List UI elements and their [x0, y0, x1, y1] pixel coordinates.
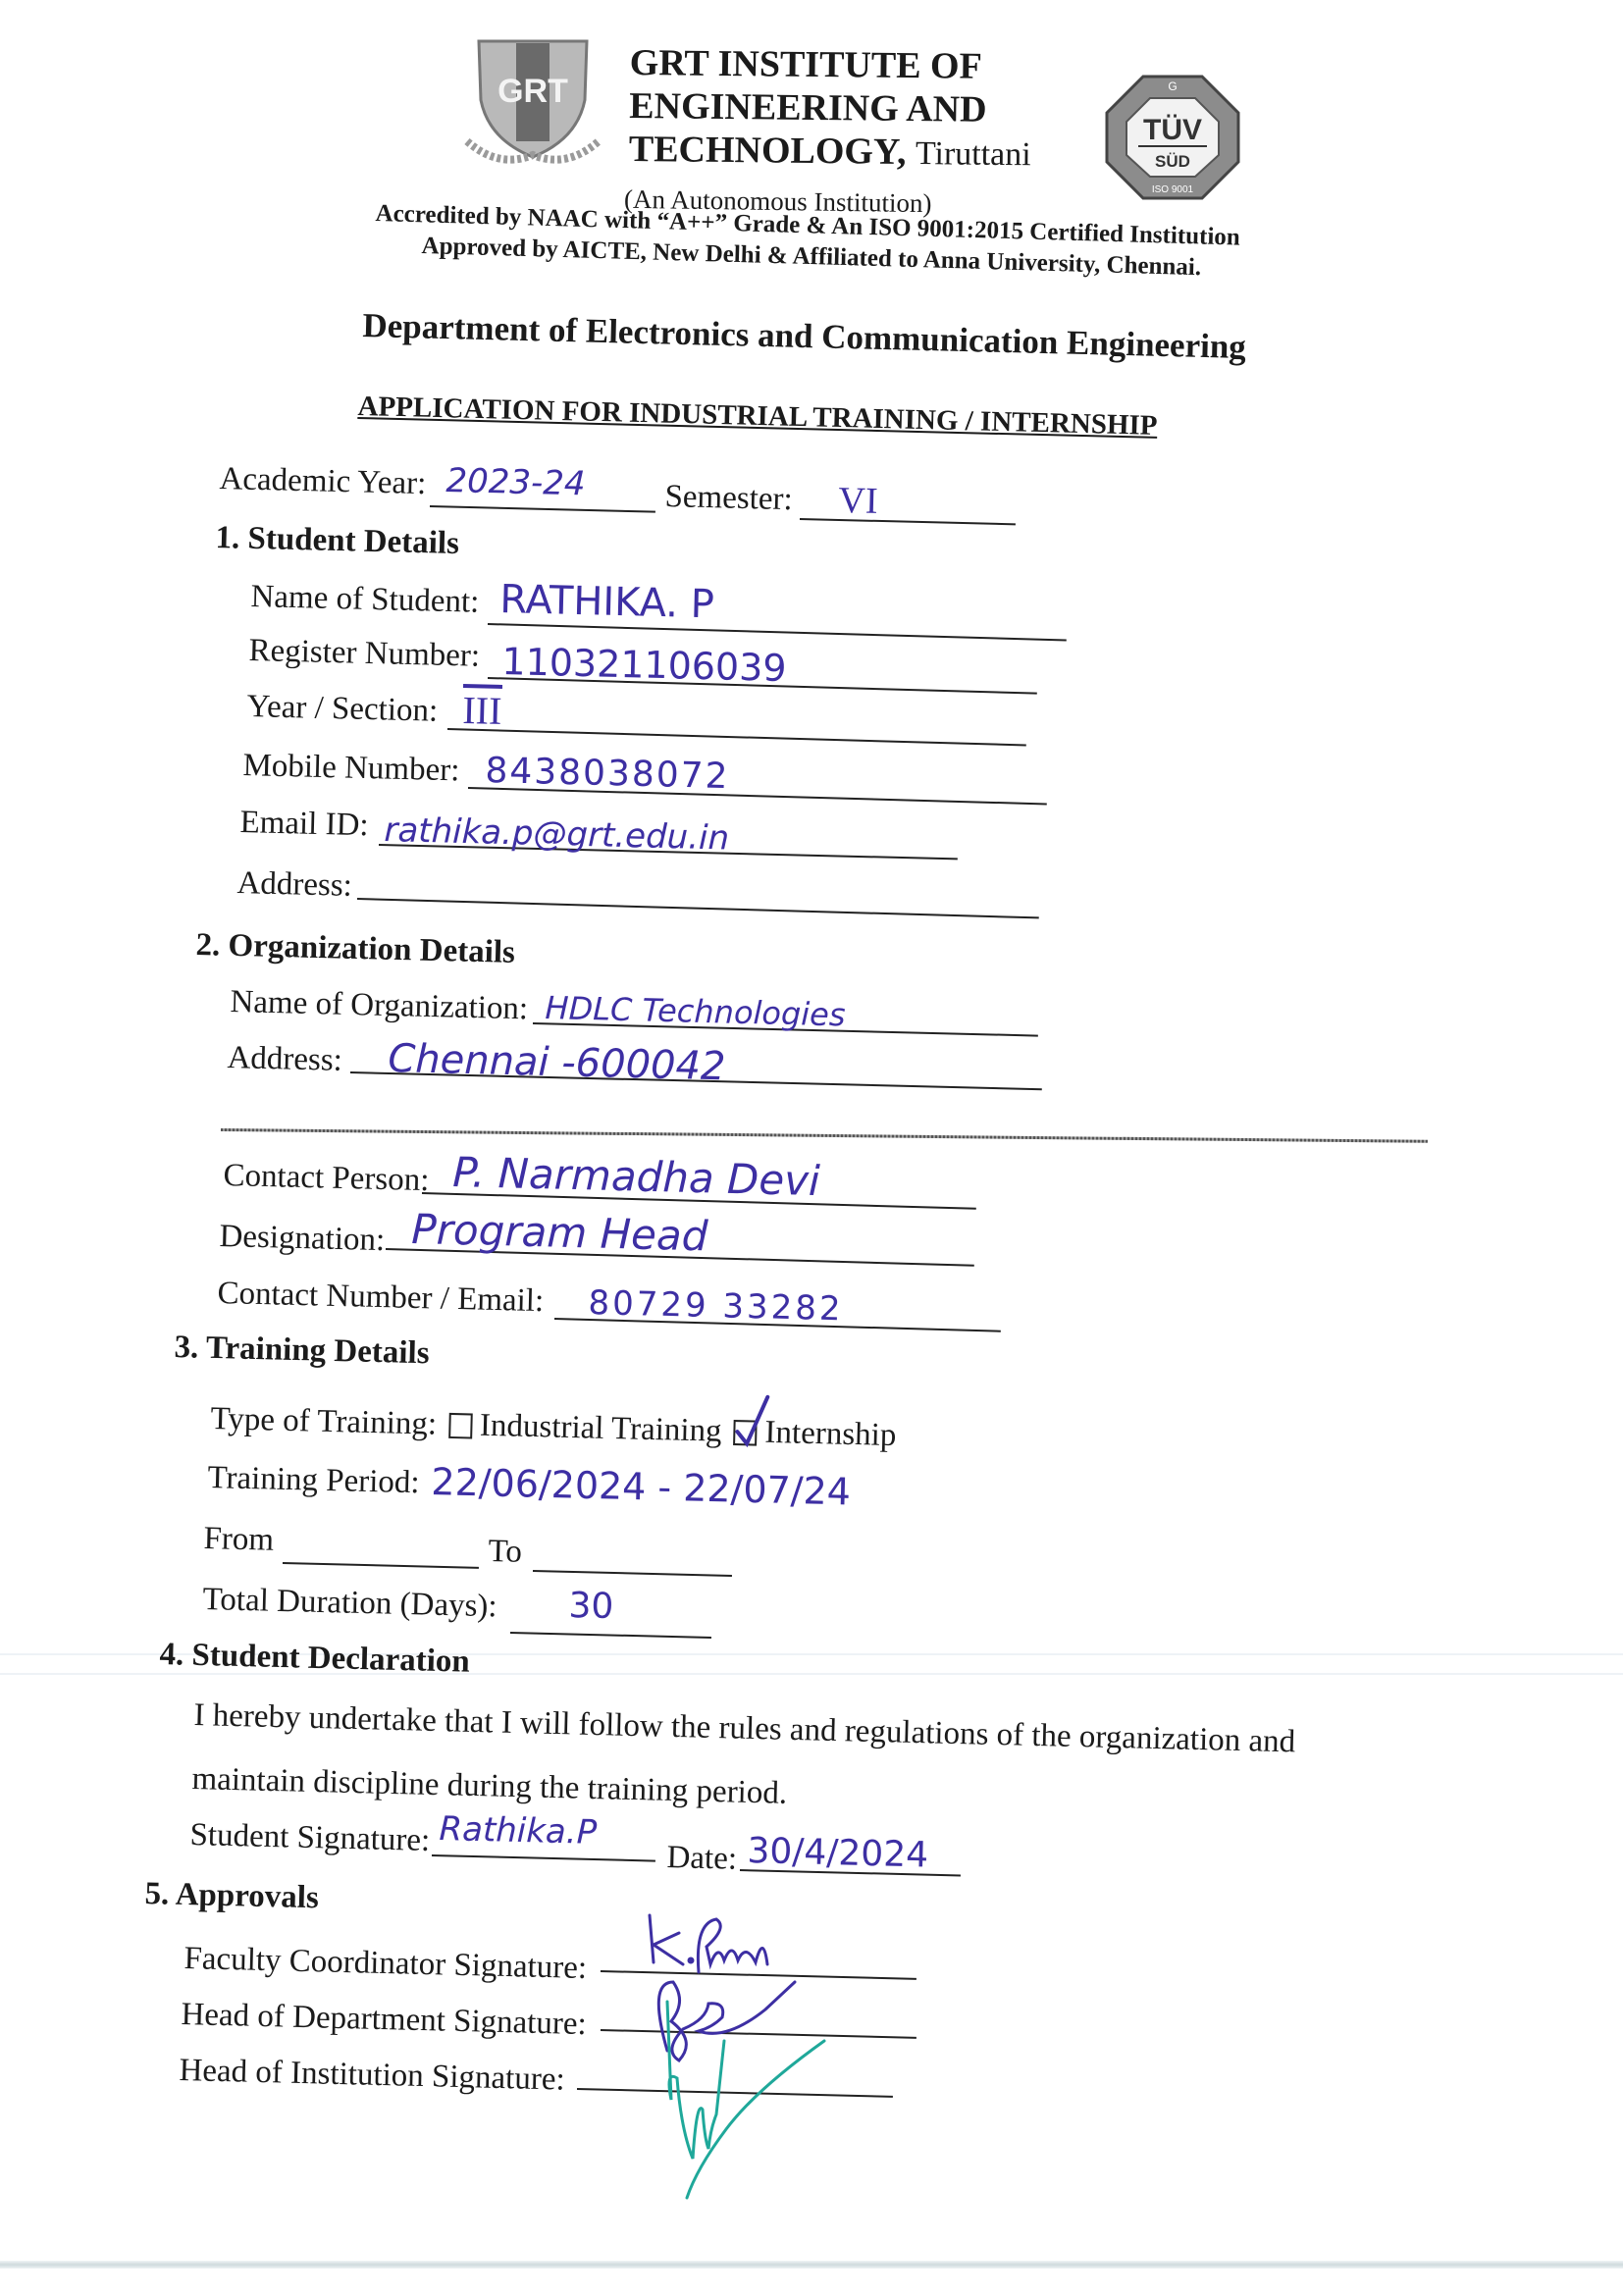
student-name-line [488, 623, 1067, 641]
contact-person-label: Contact Person: [223, 1158, 430, 1199]
student-signature-label: Student Signature: [189, 1817, 431, 1859]
year-section-label: Year / Section: [246, 689, 438, 730]
organization-address-field[interactable]: Chennai -600042 [388, 1036, 726, 1089]
year-section-line [447, 728, 1026, 746]
svg-text:SÜD: SÜD [1155, 152, 1190, 171]
faculty-coordinator-signature-label: Faculty Coordinator Signature: [183, 1941, 587, 1987]
student-signature-line [432, 1854, 655, 1862]
designation-label: Designation: [219, 1219, 386, 1259]
internship-application-form: GRT GRT INSTITUTE OF ENGINEERING AND TEC… [0, 0, 1623, 2296]
total-duration-label: Total Duration (Days): [202, 1582, 497, 1625]
declaration-text-line1: I hereby undertake that I will follow th… [193, 1697, 1295, 1760]
training-type-row: Type of Training: Industrial Training In… [210, 1401, 897, 1454]
student-details-heading: 1. Student Details [215, 520, 459, 562]
to-label: To [488, 1534, 522, 1571]
svg-text:ISO 9001: ISO 9001 [1152, 184, 1194, 195]
student-name-field[interactable]: RATHIKA. P [499, 577, 715, 627]
register-number-field[interactable]: 110321106039 [501, 640, 787, 690]
svg-text:GRT: GRT [497, 73, 568, 110]
semester-label: Semester: [664, 479, 793, 518]
date-field[interactable]: 30/4/2024 [747, 1831, 929, 1875]
training-details-heading: 3. Training Details [174, 1330, 430, 1372]
student-declaration-heading: 4. Student Declaration [159, 1637, 470, 1681]
tuv-sud-iso-certification-icon: G TÜV SÜD ISO 9001 [1099, 69, 1246, 206]
faculty-coordinator-signature-icon [650, 1915, 767, 1972]
scan-edge [0, 2261, 1623, 2269]
checkmark-icon [733, 1392, 773, 1448]
student-address-line[interactable] [357, 898, 1039, 918]
date-label: Date: [666, 1840, 737, 1878]
student-name-label: Name of Student: [250, 579, 480, 621]
training-period-field[interactable]: 22/06/2024 - 22/07/24 [431, 1460, 852, 1513]
email-label: Email ID: [239, 805, 369, 844]
mobile-number-label: Mobile Number: [242, 748, 460, 789]
contact-number-label: Contact Number / Email: [217, 1276, 544, 1320]
to-field[interactable] [533, 1570, 732, 1577]
declaration-text-line2: maintain discipline during the training … [191, 1761, 787, 1812]
total-duration-field[interactable]: 30 [568, 1586, 614, 1627]
training-period-label: Training Period: [207, 1460, 420, 1501]
semester-line [800, 518, 1016, 525]
year-section-field[interactable]: III [462, 687, 502, 734]
from-field[interactable] [283, 1562, 479, 1569]
contact-person-field[interactable]: P. Narmadha Devi [452, 1148, 820, 1205]
hod-signature-icon [658, 1982, 795, 2061]
head-of-institution-signature-label: Head of Institution Signature: [179, 2053, 565, 2099]
training-type-label: Type of Training: [210, 1401, 437, 1443]
head-of-institution-signature-icon [667, 2002, 824, 2198]
academic-year-field[interactable]: 2023-24 [445, 461, 586, 503]
industrial-training-option-label: Industrial Training [480, 1408, 722, 1450]
organization-address-label: Address: [227, 1040, 342, 1079]
approvals-heading: 5. Approvals [144, 1876, 319, 1916]
institute-name: GRT INSTITUTE OF ENGINEERING AND TECHNOL… [629, 41, 1032, 177]
contact-number-field[interactable]: 80729 33282 [588, 1283, 844, 1329]
total-duration-line [510, 1632, 711, 1639]
svg-text:TÜV: TÜV [1143, 114, 1202, 146]
internship-option-label: Internship [764, 1415, 897, 1454]
organization-details-heading: 2. Organization Details [195, 927, 515, 971]
from-label: From [203, 1521, 274, 1559]
email-field[interactable]: rathika.p@grt.edu.in [384, 810, 729, 859]
industrial-training-checkbox[interactable] [448, 1412, 473, 1438]
register-number-label: Register Number: [248, 633, 480, 675]
svg-text:G: G [1168, 79, 1177, 93]
student-address-label: Address: [236, 865, 352, 905]
mobile-number-field[interactable]: 8438038072 [485, 751, 730, 797]
designation-field[interactable]: Program Head [411, 1205, 708, 1260]
organization-address-second-line [221, 1128, 1428, 1143]
hod-signature-label: Head of Department Signature: [181, 1997, 587, 2043]
semester-field[interactable]: VI [838, 479, 878, 523]
form-title: APPLICATION FOR INDUSTRIAL TRAINING / IN… [357, 391, 1158, 443]
academic-year-line [430, 505, 655, 513]
organization-name-label: Name of Organization: [230, 984, 528, 1027]
grt-shield-logo-icon: GRT [459, 31, 606, 169]
student-signature-field[interactable]: Rathika.P [439, 1809, 598, 1852]
approval-signatures [589, 1904, 962, 2227]
internship-checkbox[interactable] [733, 1420, 758, 1446]
organization-name-field[interactable]: HDLC Technologies [545, 989, 846, 1033]
department-title: Department of Electronics and Communicat… [362, 306, 1246, 367]
academic-year-label: Academic Year: [219, 461, 427, 502]
